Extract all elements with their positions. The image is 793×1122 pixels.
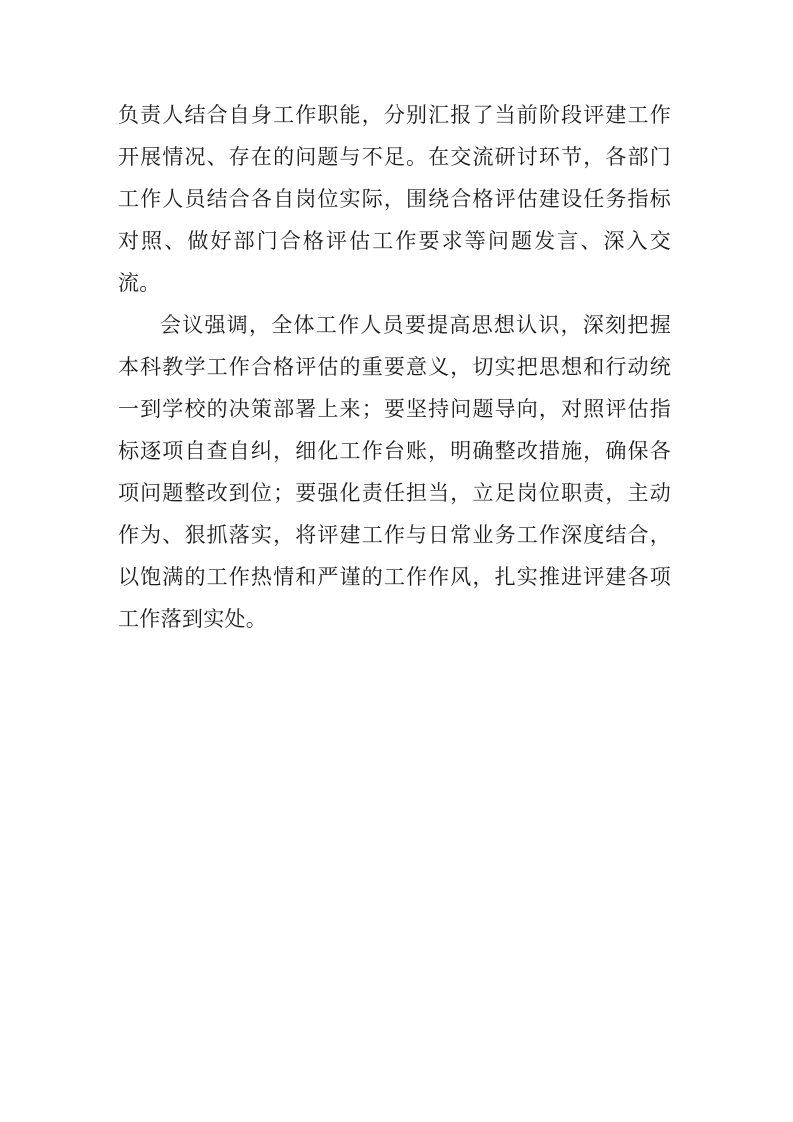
paragraph: 负责人结合自身工作职能，分别汇报了当前阶段评建工作开展情况、存在的问题与不足。在…: [118, 94, 671, 304]
document-page: 负责人结合自身工作职能，分别汇报了当前阶段评建工作开展情况、存在的问题与不足。在…: [0, 0, 793, 1122]
paragraph: 会议强调，全体工作人员要提高思想认识，深刻把握本科教学工作合格评估的重要意义，切…: [118, 304, 671, 640]
document-text-block: 负责人结合自身工作职能，分别汇报了当前阶段评建工作开展情况、存在的问题与不足。在…: [118, 94, 671, 640]
